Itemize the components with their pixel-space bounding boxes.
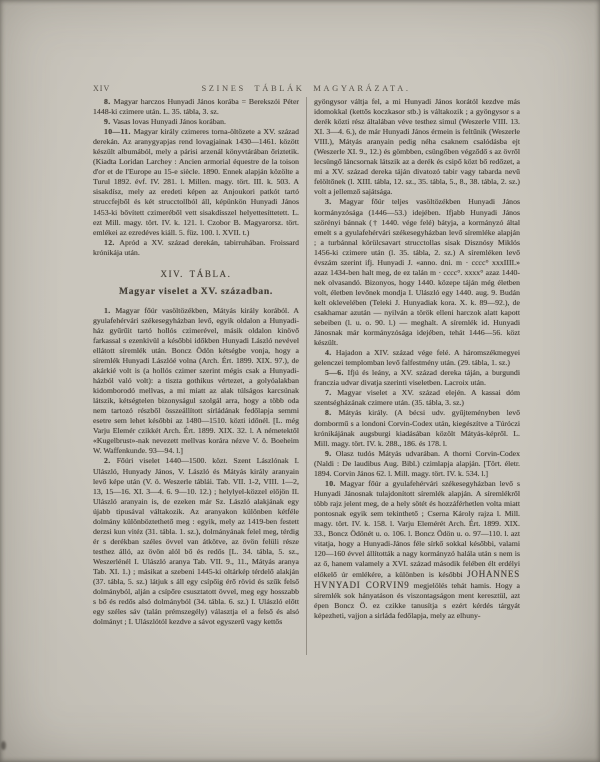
paragraph-text: Magyar főúr teljes vasöltözékben Hunyadi…	[314, 197, 520, 347]
paragraph-text: Hajadon a XIV. század vége felé. A három…	[314, 348, 520, 367]
paragraph: 9.Olasz tudós Mátyás udvarában. A thorni…	[314, 449, 520, 479]
scan-artifact	[1, 741, 6, 750]
paragraph: 4.Hajadon a XIV. század vége felé. A hár…	[314, 348, 520, 368]
paragraph-continuation: gyöngysor váltja fel, a mi Hunyadi János…	[314, 97, 520, 197]
paragraph-text: Magyar főúr vasöltözékben, Mátyás király…	[93, 306, 299, 456]
paragraph: 10.Magyar főúr a gyulafehérvári székeseg…	[314, 479, 520, 622]
paragraph-text: Magyar főúr a gyulafehérvári székesegyhá…	[314, 479, 520, 579]
item-number: 8.	[325, 408, 339, 417]
item-number: 1.	[104, 306, 115, 315]
item-number: 4.	[325, 348, 336, 357]
paragraph: 10—11.Magyar király czimeres torna-öltöz…	[93, 127, 299, 238]
paragraph: 8.Mátyás király. (A bécsi udv. gyűjtemén…	[314, 408, 520, 448]
paragraph-text: Magyar király czimeres torna-öltözete a …	[93, 127, 299, 236]
section-heading: XIV. TÁBLA.	[93, 269, 299, 279]
paragraph-text: Magyar harczos Hunyadi János korába = Be…	[93, 97, 299, 116]
paragraph-text: Olasz tudós Mátyás udvarában. A thorni C…	[314, 449, 520, 478]
text-columns: 8.Magyar harczos Hunyadi János korába = …	[93, 97, 520, 655]
item-number: 9.	[104, 117, 113, 126]
running-title: SZINES TÁBLÁK MAGYARÁZATA.	[93, 83, 519, 93]
paragraph-text: Magyar viselet a XV. század elején. A ka…	[314, 388, 520, 407]
item-number: 7.	[325, 388, 337, 397]
item-number: 8.	[104, 97, 114, 106]
paragraph-text: Főúri viselet 1440—1500. közt. Szent Lás…	[93, 456, 299, 626]
item-number: 10—11.	[104, 127, 134, 136]
paragraph-text: Mátyás király. (A bécsi udv. gyűjteményb…	[314, 408, 520, 447]
paragraph-text: Vasas lovas Hunyadi János korában.	[113, 117, 226, 126]
left-column: 8.Magyar harczos Hunyadi János korába = …	[93, 97, 307, 655]
section-subtitle: Magyar viselet a XV. században.	[93, 286, 299, 297]
right-column: gyöngysor váltja fel, a mi Hunyadi János…	[307, 97, 520, 655]
paragraph: 5—6.Ifjú és leány, a XV. század dereka t…	[314, 368, 520, 388]
scanned-book-page: XIV SZINES TÁBLÁK MAGYARÁZATA. 8.Magyar …	[0, 0, 600, 762]
paragraph: 2.Főúri viselet 1440—1500. közt. Szent L…	[93, 456, 299, 627]
paragraph: 9.Vasas lovas Hunyadi János korában.	[93, 117, 299, 127]
paragraph: 1.Magyar főúr vasöltözékben, Mátyás kirá…	[93, 306, 299, 457]
paragraph-text: gyöngysor váltja fel, a mi Hunyadi János…	[314, 97, 520, 196]
item-number: 2.	[104, 456, 117, 465]
paragraph: 12.Apród a XV. század derekán, tabirruhá…	[93, 238, 299, 258]
page-header: XIV SZINES TÁBLÁK MAGYARÁZATA.	[93, 83, 519, 95]
paragraph: 3.Magyar főúr teljes vasöltözékben Hunya…	[314, 197, 520, 348]
paragraph-text: Apród a XV. század derekán, tabirruhában…	[93, 238, 299, 257]
item-number: 12.	[104, 238, 119, 247]
item-number: 5—6.	[325, 368, 347, 377]
paragraph: 8.Magyar harczos Hunyadi János korába = …	[93, 97, 299, 117]
item-number: 10.	[325, 479, 340, 488]
item-number: 3.	[325, 197, 339, 206]
paragraph: 7.Magyar viselet a XV. század elején. A …	[314, 388, 520, 408]
item-number: 9.	[325, 449, 336, 458]
